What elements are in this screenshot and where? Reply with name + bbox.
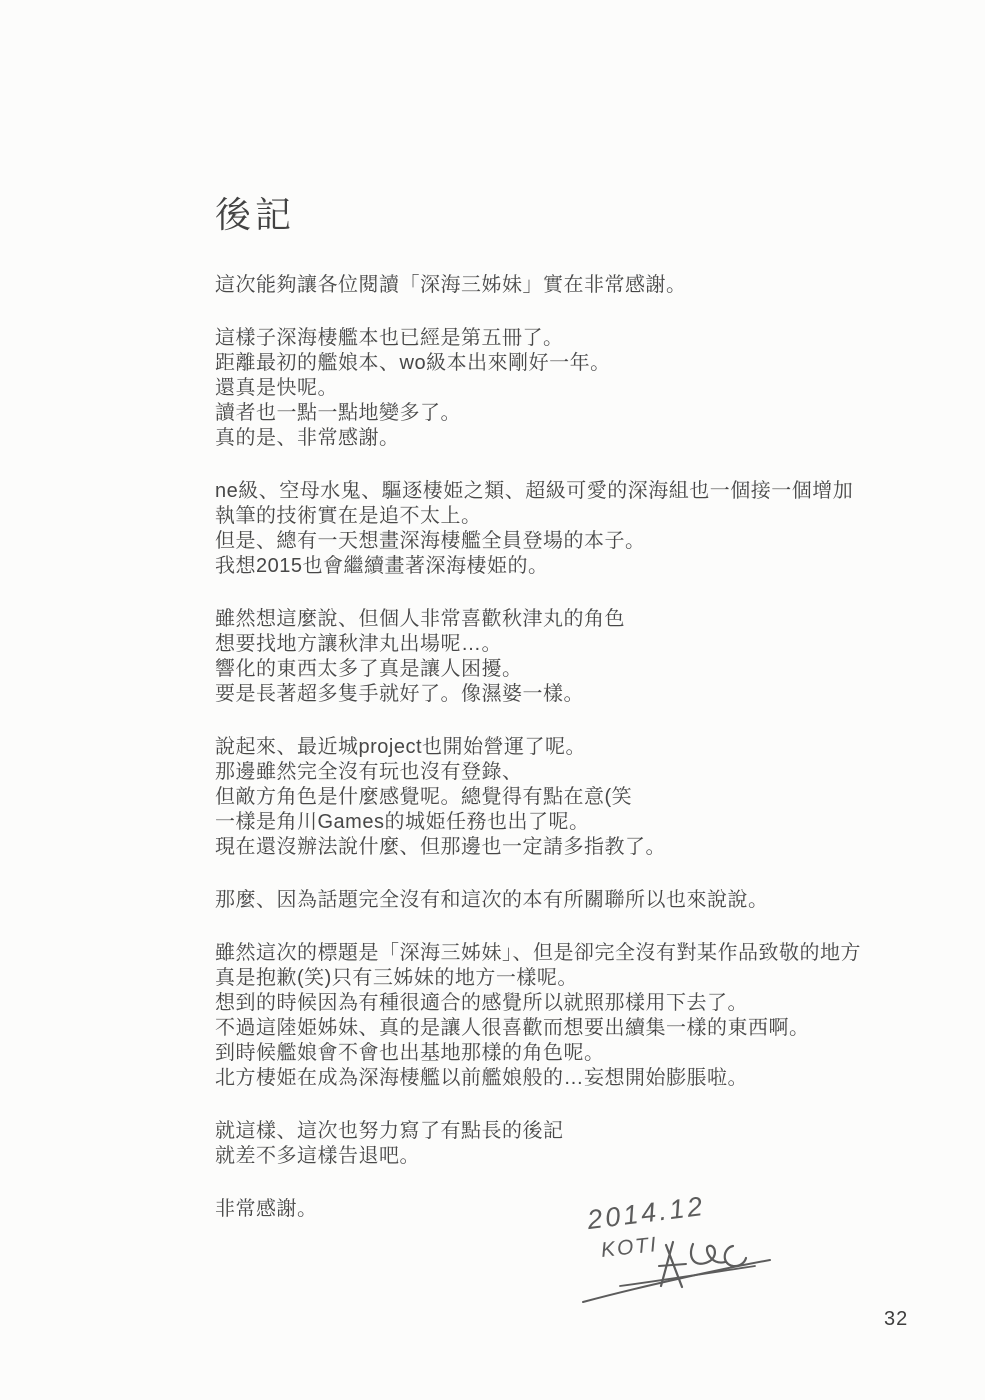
text-line: 一樣是角川Games的城姫任務也出了呢。	[215, 810, 975, 835]
text-line: 這樣子深海棲艦本也已經是第五冊了。	[215, 326, 975, 351]
text-line: 但敵方角色是什麼感覺呢。總覺得有點在意(笑	[215, 785, 975, 810]
text-line: 就差不多這樣告退吧。	[215, 1144, 975, 1169]
text-line: 距離最初的艦娘本、wo級本出來剛好一年。	[215, 351, 975, 376]
text-line: 要是長著超多隻手就好了。像濕婆一樣。	[215, 682, 975, 707]
afterword-text-column: 後記 這次能夠讓各位閱讀「深海三姊妹」實在非常感謝。 這樣子深海棲艦本也已經是第…	[215, 192, 975, 1250]
text-line: 到時候艦娘會不會也出基地那樣的角色呢。	[215, 1041, 975, 1066]
paragraph-7: 雖然這次的標題是「深海三姊妹」、但是卻完全沒有對某作品致敬的地方 真是抱歉(笑)…	[215, 941, 975, 1091]
page-number: 32	[884, 1308, 908, 1331]
text-line: 我想2015也會繼續畫著深海棲姫的。	[215, 554, 975, 579]
text-line: 這次能夠讓各位閱讀「深海三姊妹」實在非常感謝。	[215, 273, 975, 298]
text-line: 就這樣、這次也努力寫了有點長的後記	[215, 1119, 975, 1144]
text-line: 真是抱歉(笑)只有三姊妹的地方一樣呢。	[215, 966, 975, 991]
text-line: ne級、空母水鬼、驅逐棲姫之類、超級可愛的深海組也一個接一個增加	[215, 479, 975, 504]
afterword-page: 後記 這次能夠讓各位閱讀「深海三姊妹」實在非常感謝。 這樣子深海棲艦本也已經是第…	[0, 0, 985, 1400]
text-line: 現在還沒辦法說什麼、但那邊也一定請多指教了。	[215, 835, 975, 860]
page-title: 後記	[215, 192, 975, 239]
text-line: 不過這陸姫姊妹、真的是讓人很喜歡而想要出續集一樣的東西啊。	[215, 1016, 975, 1041]
text-line: 北方棲姫在成為深海棲艦以前艦娘般的…妄想開始膨脹啦。	[215, 1066, 975, 1091]
text-line: 響化的東西太多了真是讓人困擾。	[215, 657, 975, 682]
artist-signature: 2014.12 KOTI	[565, 1190, 805, 1320]
text-line: 雖然這次的標題是「深海三姊妹」、但是卻完全沒有對某作品致敬的地方	[215, 941, 975, 966]
paragraph-6: 那麼、因為話題完全沒有和這次的本有所關聯所以也來說說。	[215, 888, 975, 913]
paragraph-4: 雖然想這麼說、但個人非常喜歡秋津丸的角色 想要找地方讓秋津丸出場呢…。 響化的東…	[215, 607, 975, 707]
paragraph-1: 這次能夠讓各位閱讀「深海三姊妹」實在非常感謝。	[215, 273, 975, 298]
text-line: 真的是、非常感謝。	[215, 426, 975, 451]
paragraph-5: 說起來、最近城project也開始營運了呢。 那邊雖然完全沒有玩也沒有登錄、 但…	[215, 735, 975, 860]
text-line: 但是、總有一天想畫深海棲艦全員登場的本子。	[215, 529, 975, 554]
text-line: 那麼、因為話題完全沒有和這次的本有所關聯所以也來說說。	[215, 888, 975, 913]
text-line: 那邊雖然完全沒有玩也沒有登錄、	[215, 760, 975, 785]
text-line: 說起來、最近城project也開始營運了呢。	[215, 735, 975, 760]
text-line: 想要找地方讓秋津丸出場呢…。	[215, 632, 975, 657]
paragraph-8: 就這樣、這次也努力寫了有點長的後記 就差不多這樣告退吧。	[215, 1119, 975, 1169]
text-line: 執筆的技術實在是追不太上。	[215, 504, 975, 529]
paragraph-3: ne級、空母水鬼、驅逐棲姫之類、超級可愛的深海組也一個接一個增加 執筆的技術實在…	[215, 479, 975, 579]
text-line: 讀者也一點一點地變多了。	[215, 401, 975, 426]
text-line: 雖然想這麼說、但個人非常喜歡秋津丸的角色	[215, 607, 975, 632]
text-line: 想到的時候因為有種很適合的感覺所以就照那樣用下去了。	[215, 991, 975, 1016]
paragraph-2: 這樣子深海棲艦本也已經是第五冊了。 距離最初的艦娘本、wo級本出來剛好一年。 還…	[215, 326, 975, 451]
text-line: 還真是快呢。	[215, 376, 975, 401]
